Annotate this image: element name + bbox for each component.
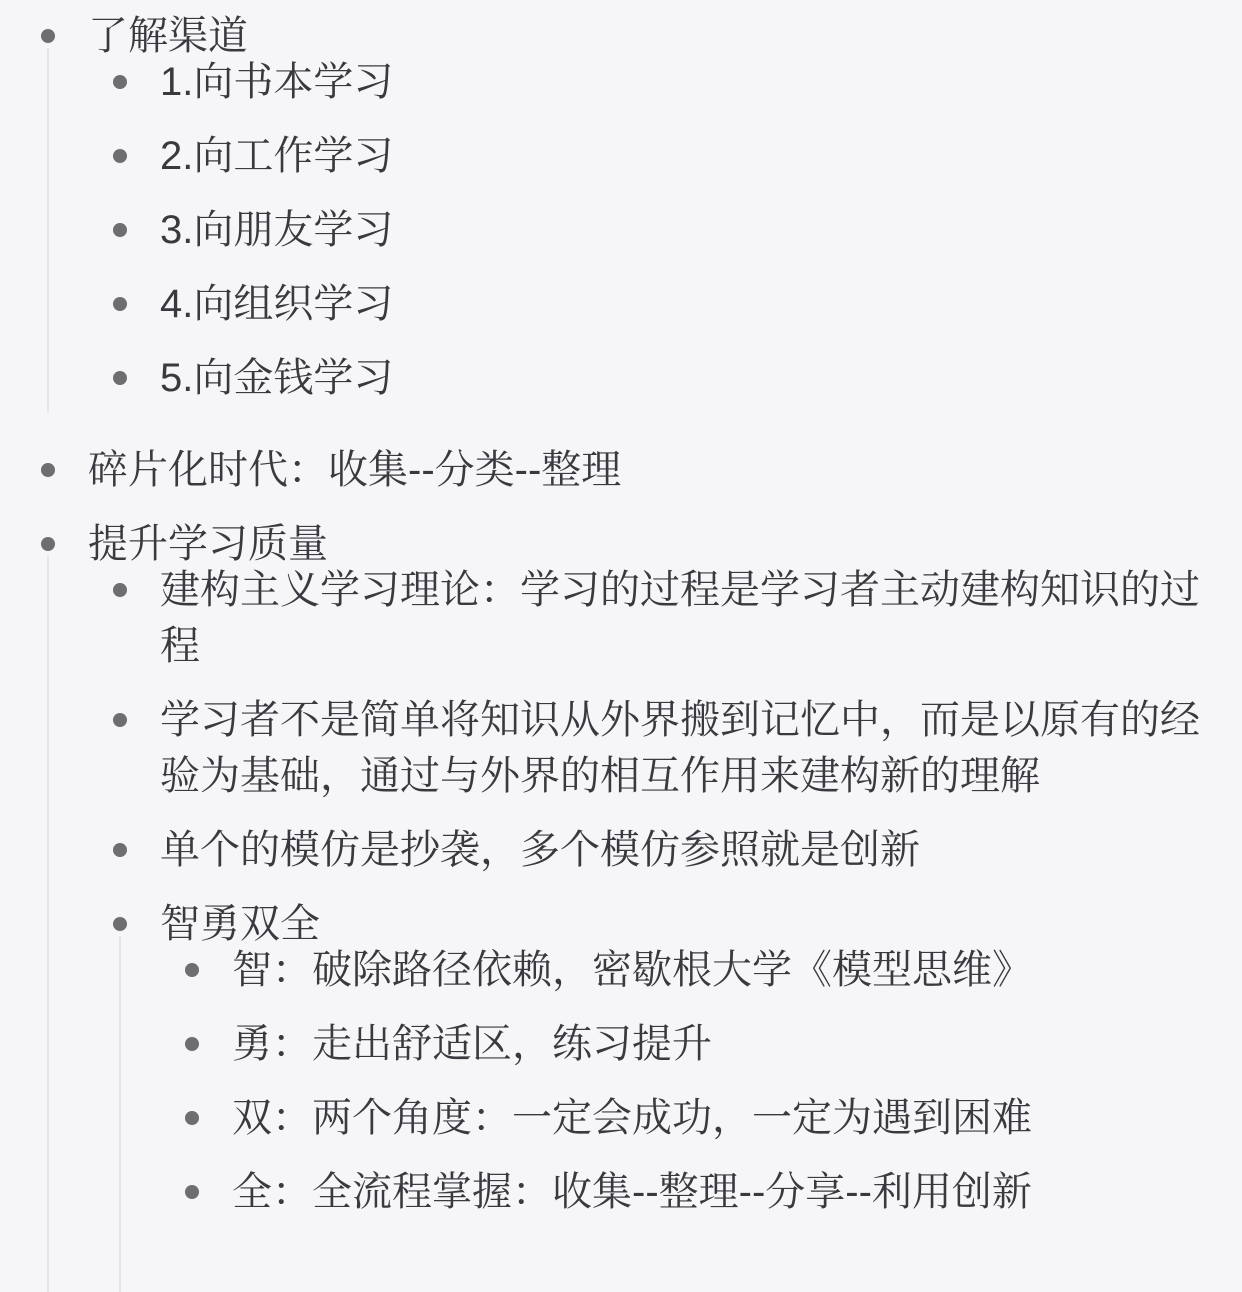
bullet-icon[interactable] — [113, 297, 127, 311]
outline-item: 全：全流程掌握：收集--整理--分享--利用创新 — [144, 1164, 1204, 1220]
outline-item-text[interactable]: 双：两个角度：一定会成功，一定为遇到困难 — [232, 1090, 1204, 1146]
outline-item: 1.向书本学习 — [72, 54, 1204, 110]
outline-item-text[interactable]: 3.向朋友学习 — [160, 202, 1204, 258]
outline-item-text[interactable]: 智：破除路径依赖，密歇根大学《模型思维》 — [232, 942, 1204, 998]
outline-row: 2.向工作学习 — [72, 128, 1204, 184]
outline-item: 了解渠道1.向书本学习2.向工作学习3.向朋友学习4.向组织学习5.向金钱学习 — [0, 8, 1204, 424]
outline: 了解渠道1.向书本学习2.向工作学习3.向朋友学习4.向组织学习5.向金钱学习碎… — [0, 0, 1242, 1256]
outline-item: 3.向朋友学习 — [72, 202, 1204, 258]
outline-item: 双：两个角度：一定会成功，一定为遇到困难 — [144, 1090, 1204, 1146]
outline-item-text[interactable]: 全：全流程掌握：收集--整理--分享--利用创新 — [232, 1164, 1204, 1220]
outline-children: 建构主义学习理论：学习的过程是学习者主动建构知识的过程学习者不是简单将知识从外界… — [0, 562, 1204, 1256]
outline-item: 5.向金钱学习 — [72, 350, 1204, 406]
outline-row: 4.向组织学习 — [72, 276, 1204, 332]
bullet-icon[interactable] — [113, 713, 127, 727]
bullet-icon[interactable] — [113, 223, 127, 237]
bullet-icon[interactable] — [113, 843, 127, 857]
bullet-icon[interactable] — [185, 1111, 199, 1125]
outline-item-text[interactable]: 1.向书本学习 — [160, 54, 1204, 110]
outline-children: 智：破除路径依赖，密歇根大学《模型思维》勇：走出舒适区，练习提升双：两个角度：一… — [72, 942, 1204, 1238]
bullet-icon[interactable] — [41, 463, 55, 477]
outline-row: 5.向金钱学习 — [72, 350, 1204, 406]
outline-row: 1.向书本学习 — [72, 54, 1204, 110]
bullet-icon[interactable] — [113, 917, 127, 931]
outline-row: 双：两个角度：一定会成功，一定为遇到困难 — [144, 1090, 1204, 1146]
outline-item: 学习者不是简单将知识从外界搬到记忆中，而是以原有的经验为基础，通过与外界的相互作… — [72, 692, 1204, 804]
outline-item-text[interactable]: 2.向工作学习 — [160, 128, 1204, 184]
bullet-icon[interactable] — [185, 1185, 199, 1199]
outline-item: 勇：走出舒适区，练习提升 — [144, 1016, 1204, 1072]
outline-item-text[interactable]: 学习者不是简单将知识从外界搬到记忆中，而是以原有的经验为基础，通过与外界的相互作… — [160, 692, 1204, 804]
outline-item-text[interactable]: 碎片化时代：收集--分类--整理 — [88, 442, 1204, 498]
bullet-icon[interactable] — [113, 149, 127, 163]
outline-item: 碎片化时代：收集--分类--整理 — [0, 442, 1204, 498]
outline-item: 智：破除路径依赖，密歇根大学《模型思维》 — [144, 942, 1204, 998]
outline-item-text[interactable]: 4.向组织学习 — [160, 276, 1204, 332]
outline-row: 单个的模仿是抄袭，多个模仿参照就是创新 — [72, 822, 1204, 878]
outline-item: 智勇双全智：破除路径依赖，密歇根大学《模型思维》勇：走出舒适区，练习提升双：两个… — [72, 896, 1204, 1238]
outline-row: 建构主义学习理论：学习的过程是学习者主动建构知识的过程 — [72, 562, 1204, 674]
bullet-icon[interactable] — [185, 963, 199, 977]
outline-row: 碎片化时代：收集--分类--整理 — [0, 442, 1204, 498]
bullet-icon[interactable] — [113, 371, 127, 385]
outline-item-text[interactable]: 单个的模仿是抄袭，多个模仿参照就是创新 — [160, 822, 1204, 878]
outline-item-text[interactable]: 5.向金钱学习 — [160, 350, 1204, 406]
outline-item: 单个的模仿是抄袭，多个模仿参照就是创新 — [72, 822, 1204, 878]
outline-row: 智：破除路径依赖，密歇根大学《模型思维》 — [144, 942, 1204, 998]
bullet-icon[interactable] — [113, 75, 127, 89]
outline-row: 学习者不是简单将知识从外界搬到记忆中，而是以原有的经验为基础，通过与外界的相互作… — [72, 692, 1204, 804]
outline-item-text[interactable]: 勇：走出舒适区，练习提升 — [232, 1016, 1204, 1072]
outline-item: 4.向组织学习 — [72, 276, 1204, 332]
outline-item: 2.向工作学习 — [72, 128, 1204, 184]
outline-item: 提升学习质量建构主义学习理论：学习的过程是学习者主动建构知识的过程学习者不是简单… — [0, 516, 1204, 1256]
bullet-icon[interactable] — [185, 1037, 199, 1051]
bullet-icon[interactable] — [41, 537, 55, 551]
bullet-icon[interactable] — [113, 583, 127, 597]
outline-item-text[interactable]: 建构主义学习理论：学习的过程是学习者主动建构知识的过程 — [160, 562, 1204, 674]
outline-children: 1.向书本学习2.向工作学习3.向朋友学习4.向组织学习5.向金钱学习 — [0, 54, 1204, 424]
outline-row: 全：全流程掌握：收集--整理--分享--利用创新 — [144, 1164, 1204, 1220]
outline-row: 3.向朋友学习 — [72, 202, 1204, 258]
outline-row: 勇：走出舒适区，练习提升 — [144, 1016, 1204, 1072]
outline-item: 建构主义学习理论：学习的过程是学习者主动建构知识的过程 — [72, 562, 1204, 674]
bullet-icon[interactable] — [41, 29, 55, 43]
